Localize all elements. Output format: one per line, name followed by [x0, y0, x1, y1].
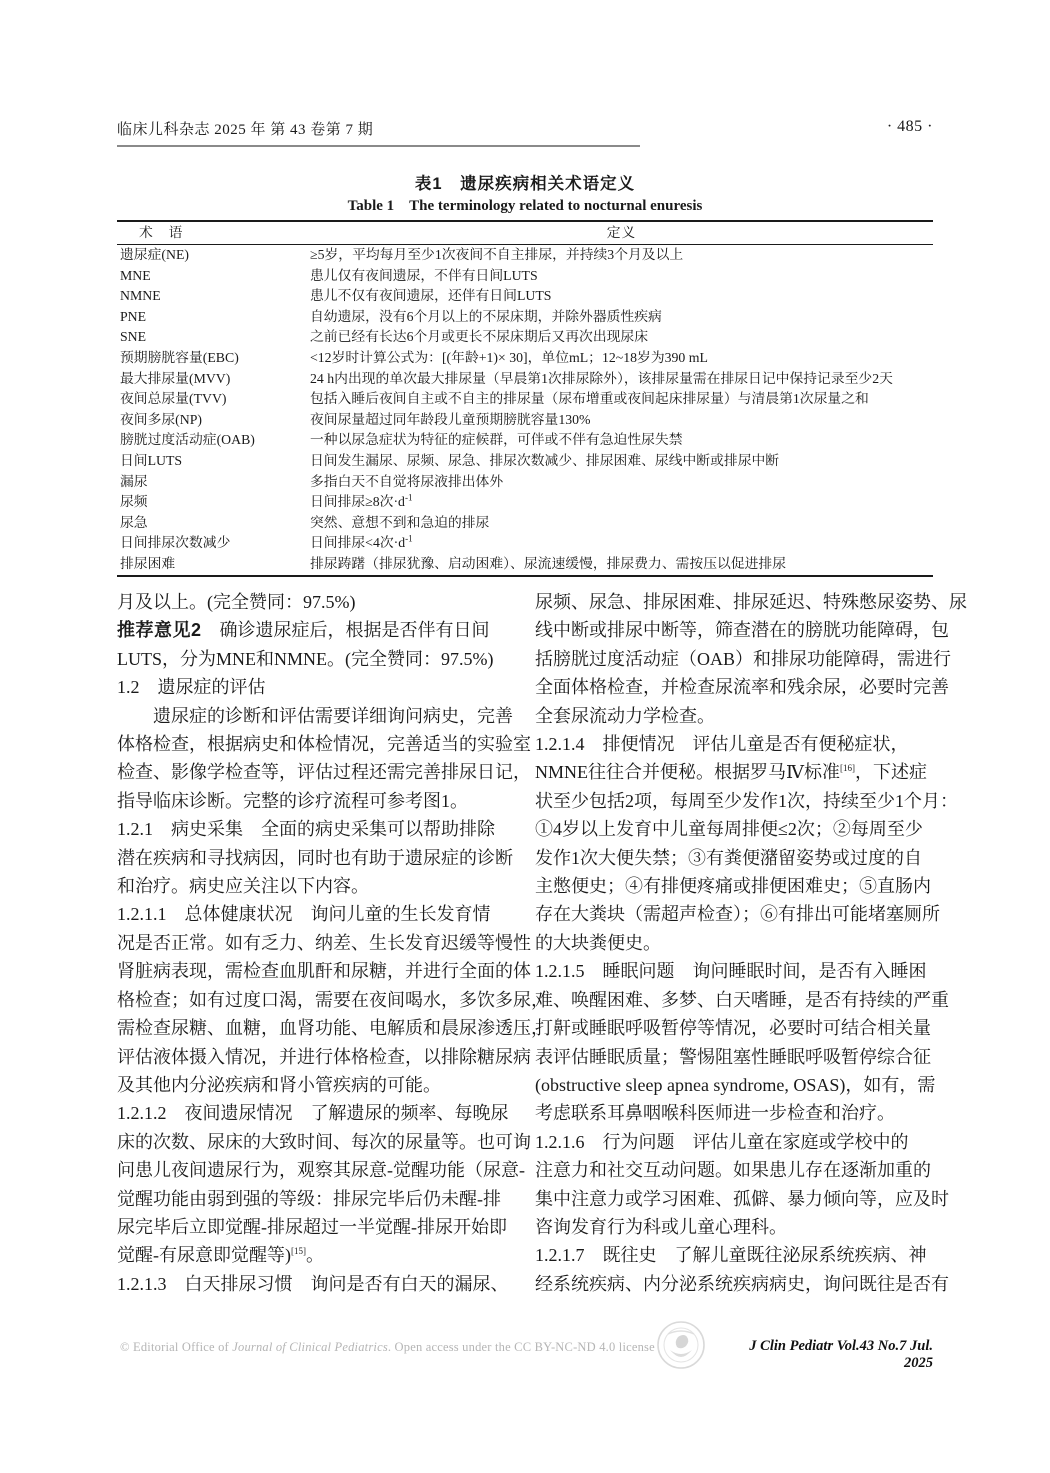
term-cell: 日间LUTS	[117, 451, 310, 472]
text-line: 主憋便史；④有排便疼痛或排便困难史；⑤直肠内	[535, 872, 935, 900]
text-line: 发作1次大便失禁；③有粪便潴留姿势或过度的自	[535, 844, 935, 872]
text-line: 1.2.1.6 行为问题 评估儿童在家庭或学校中的	[535, 1128, 935, 1156]
text-line: 指导临床诊断。完整的诊疗流程可参考图1。	[117, 787, 517, 815]
table-row: NMNE患儿不仅有夜间遗尿，还伴有日间LUTS	[117, 286, 933, 307]
text-line: 全套尿流动力学检查。	[535, 702, 935, 730]
table-row: 遗尿症(NE)≥5岁，平均每月至少1次夜间不自主排尿，并持续3个月及以上	[117, 245, 933, 266]
text-line: 括膀胱过度活动症（OAB）和排尿功能障碍，需进行	[535, 645, 935, 673]
term-cell: 夜间多尿(NP)	[117, 410, 310, 431]
journal-title: 临床儿科杂志 2025 年 第 43 卷第 7 期	[117, 118, 373, 139]
table-header-row: 术 语 定义	[117, 222, 933, 245]
definition-cell: 自幼遗尿，没有6个月以上的不尿床期，并除外器质性疾病	[310, 307, 933, 328]
text-line: 觉醒-有尿意即觉醒等)[15]。	[117, 1241, 517, 1269]
term-cell: 膀胱过度活动症(OAB)	[117, 430, 310, 451]
text-line: 表评估睡眠质量；警惕阻塞性睡眠呼吸暂停综合征	[535, 1043, 935, 1071]
text-line: 尿完毕后立即觉醒-排尿超过一半觉醒-排尿开始即	[117, 1213, 517, 1241]
running-head: 临床儿科杂志 2025 年 第 43 卷第 7 期 · 485 ·	[117, 118, 933, 139]
definition-cell: 患儿仅有夜间遗尿，不伴有日间LUTS	[310, 266, 933, 287]
text-line: 难、唤醒困难、多梦、白天嗜睡，是否有持续的严重	[535, 986, 935, 1014]
table-row: PNE自幼遗尿，没有6个月以上的不尿床期，并除外器质性疾病	[117, 307, 933, 328]
text-line: 遗尿症的诊断和评估需要详细询问病史，完善	[117, 702, 517, 730]
text-line: 经系统疾病、内分泌系统疾病病史，询问既往是否有	[535, 1270, 935, 1298]
text-line: LUTS，分为MNE和NMNE。(完全赞同：97.5%)	[117, 645, 517, 673]
text-line: (obstructive sleep apnea syndrome, OSAS)…	[535, 1071, 935, 1099]
text-line: 1.2 遗尿症的评估	[117, 673, 517, 701]
definition-cell: 排尿踌躇（排尿犹豫、启动困难）、尿流速缓慢，排尿费力、需按压以促进排尿	[310, 554, 933, 575]
definition-cell: 患儿不仅有夜间遗尿，还伴有日间LUTS	[310, 286, 933, 307]
journal-logo-icon	[656, 1320, 706, 1370]
text-line: 1.2.1.7 既往史 了解儿童既往泌尿系统疾病、神	[535, 1241, 935, 1269]
text-line: 推荐意见2 确诊遗尿症后，根据是否伴有日间	[117, 616, 517, 644]
definition-cell: 多指白天不自觉将尿液排出体外	[310, 472, 933, 493]
column-header-term: 术 语	[117, 222, 310, 244]
table-row: 最大排尿量(MVV)24 h内出现的单次最大排尿量（早晨第1次排尿除外），该排尿…	[117, 369, 933, 390]
text-line: 体格检查，根据病史和体检情况，完善适当的实验室	[117, 730, 517, 758]
text-line: 1.2.1.5 睡眠问题 询问睡眠时间，是否有入睡困	[535, 957, 935, 985]
text-line: 线中断或排尿中断等，筛查潜在的膀胱功能障碍，包	[535, 616, 935, 644]
definition-cell: 之前已经有长达6个月或更长不尿床期后又再次出现尿床	[310, 327, 933, 348]
term-cell: 漏尿	[117, 472, 310, 493]
text-line: 问患儿夜间遗尿行为，观察其尿意-觉醒功能（尿意-	[117, 1156, 517, 1184]
terminology-table: 术 语 定义 遗尿症(NE)≥5岁，平均每月至少1次夜间不自主排尿，并持续3个月…	[117, 220, 933, 577]
definition-cell: 日间排尿≥8次·d-1	[310, 492, 933, 513]
text-line: 及其他内分泌疾病和肾小管疾病的可能。	[117, 1071, 517, 1099]
definition-cell: 包括入睡后夜间自主或不自主的排尿量（尿布增重或夜间起床排尿量）与清晨第1次尿量之…	[310, 389, 933, 410]
text-line: 床的次数、尿床的大致时间、每次的尿量等。也可询	[117, 1128, 517, 1156]
text-line: 和治疗。病史应关注以下内容。	[117, 872, 517, 900]
term-cell: SNE	[117, 327, 310, 348]
journal-name-italic: Journal of Clinical Pediatrics	[232, 1340, 388, 1354]
text-line: 格检查；如有过度口渴，需要在夜间喝水，多饮多尿，	[117, 986, 517, 1014]
text-line: 评估液体摄入情况，并进行体格检查，以排除糖尿病	[117, 1043, 517, 1071]
text-line: 存在大粪块（需超声检查）；⑥有排出可能堵塞厕所	[535, 900, 935, 928]
term-cell: MNE	[117, 266, 310, 287]
column-header-definition: 定义	[310, 222, 933, 244]
table-row: 排尿困难排尿踌躇（排尿犹豫、启动困难）、尿流速缓慢，排尿费力、需按压以促进排尿	[117, 554, 933, 575]
text-line: 状至少包括2项，每周至少发作1次，持续至少1个月：	[535, 787, 935, 815]
text-line: 况是否正常。如有乏力、纳差、生长发育迟缓等慢性	[117, 929, 517, 957]
term-cell: NMNE	[117, 286, 310, 307]
text-line: 肾脏病表现，需检查血肌酐和尿糖，并进行全面的体	[117, 957, 517, 985]
definition-cell: <12岁时计算公式为：[(年龄+1)× 30]，单位mL；12~18岁为390 …	[310, 348, 933, 369]
definition-cell: 突然、意想不到和急迫的排尿	[310, 513, 933, 534]
table-row: SNE之前已经有长达6个月或更长不尿床期后又再次出现尿床	[117, 327, 933, 348]
text-line: 1.2.1.4 排便情况 评估儿童是否有便秘症状，	[535, 730, 935, 758]
term-cell: 尿急	[117, 513, 310, 534]
term-cell: 最大排尿量(MVV)	[117, 369, 310, 390]
term-cell: 预期膀胱容量(EBC)	[117, 348, 310, 369]
text-line: 咨询发育行为科或儿童心理科。	[535, 1213, 935, 1241]
table-row: 日间LUTS日间发生漏尿、尿频、尿急、排尿次数减少、排尿困难、尿线中断或排尿中断	[117, 451, 933, 472]
term-cell: 遗尿症(NE)	[117, 245, 310, 266]
text-line: 需检查尿糖、血糖，血肾功能、电解质和晨尿渗透压，	[117, 1014, 517, 1042]
text-line: 打鼾或睡眠呼吸暂停等情况，必要时可结合相关量	[535, 1014, 935, 1042]
table-row: 日间排尿次数减少日间排尿<4次·d-1	[117, 533, 933, 554]
table-row: 预期膀胱容量(EBC)<12岁时计算公式为：[(年龄+1)× 30]，单位mL；…	[117, 348, 933, 369]
text-line: 全面体格检查，并检查尿流率和残余尿，必要时完善	[535, 673, 935, 701]
table-row: 夜间多尿(NP)夜间尿量超过同年龄段儿童预期膀胱容量130%	[117, 410, 933, 431]
text-line: 集中注意力或学习困难、孤僻、暴力倾向等，应及时	[535, 1185, 935, 1213]
table-caption-cn: 表1 遗尿疾病相关术语定义	[117, 170, 933, 194]
text-line: 考虑联系耳鼻咽喉科医师进一步检查和治疗。	[535, 1099, 935, 1127]
body-right-column: 尿频、尿急、排尿困难、排尿延迟、特殊憋尿姿势、尿线中断或排尿中断等，筛查潜在的膀…	[535, 588, 935, 1298]
text-line: 潜在疾病和寻找病因，同时也有助于遗尿症的诊断	[117, 844, 517, 872]
definition-cell: ≥5岁，平均每月至少1次夜间不自主排尿，并持续3个月及以上	[310, 245, 933, 266]
table-row: 膀胱过度活动症(OAB)一种以尿急症状为特征的症候群，可伴或不伴有急迫性尿失禁	[117, 430, 933, 451]
text-line: 尿频、尿急、排尿困难、排尿延迟、特殊憋尿姿势、尿	[535, 588, 935, 616]
copyright-suffix: . Open access under the CC BY-NC-ND 4.0 …	[388, 1340, 655, 1354]
term-cell: 夜间总尿量(TVV)	[117, 389, 310, 410]
definition-cell: 夜间尿量超过同年龄段儿童预期膀胱容量130%	[310, 410, 933, 431]
text-line: 1.2.1.1 总体健康状况 询问儿童的生长发育情	[117, 900, 517, 928]
copyright-prefix: © Editorial Office of	[120, 1340, 232, 1354]
definition-cell: 日间发生漏尿、尿频、尿急、排尿次数减少、排尿困难、尿线中断或排尿中断	[310, 451, 933, 472]
term-cell: 尿频	[117, 492, 310, 513]
text-line: 注意力和社交互动问题。如果患儿存在逐渐加重的	[535, 1156, 935, 1184]
copyright-notice: © Editorial Office of Journal of Clinica…	[120, 1340, 655, 1355]
text-line: 月及以上。(完全赞同：97.5%)	[117, 588, 517, 616]
term-cell: 排尿困难	[117, 554, 310, 575]
definition-cell: 日间排尿<4次·d-1	[310, 533, 933, 554]
journal-citation: J Clin Pediatr Vol.43 No.7 Jul. 2025	[733, 1338, 933, 1372]
body-left-column: 月及以上。(完全赞同：97.5%)推荐意见2 确诊遗尿症后，根据是否伴有日间LU…	[117, 588, 517, 1298]
text-line: ①4岁以上发育中儿童每周排便≤2次；②每周至少	[535, 815, 935, 843]
text-line: 的大块粪便史。	[535, 929, 935, 957]
table-row: 尿急突然、意想不到和急迫的排尿	[117, 513, 933, 534]
table-caption-en: Table 1 The terminology related to noctu…	[117, 194, 933, 215]
definition-cell: 一种以尿急症状为特征的症候群，可伴或不伴有急迫性尿失禁	[310, 430, 933, 451]
table-row: 尿频日间排尿≥8次·d-1	[117, 492, 933, 513]
term-cell: PNE	[117, 307, 310, 328]
page-number: · 485 ·	[887, 118, 933, 139]
journal-page: 临床儿科杂志 2025 年 第 43 卷第 7 期 · 485 · 表1 遗尿疾…	[0, 0, 1050, 1473]
table-row: MNE患儿仅有夜间遗尿，不伴有日间LUTS	[117, 266, 933, 287]
header-rule	[117, 145, 640, 147]
term-cell: 日间排尿次数减少	[117, 533, 310, 554]
text-line: 检查、影像学检查等，评估过程还需完善排尿日记，	[117, 758, 517, 786]
text-line: 1.2.1.3 白天排尿习惯 询问是否有白天的漏尿、	[117, 1270, 517, 1298]
text-line: 觉醒功能由弱到强的等级：排尿完毕后仍未醒-排	[117, 1185, 517, 1213]
table-body: 遗尿症(NE)≥5岁，平均每月至少1次夜间不自主排尿，并持续3个月及以上MNE患…	[117, 245, 933, 575]
table-row: 漏尿多指白天不自觉将尿液排出体外	[117, 472, 933, 493]
definition-cell: 24 h内出现的单次最大排尿量（早晨第1次排尿除外），该排尿量需在排尿日记中保持…	[310, 369, 933, 390]
text-line: 1.2.1.2 夜间遗尿情况 了解遗尿的频率、每晚尿	[117, 1099, 517, 1127]
text-line: 1.2.1 病史采集 全面的病史采集可以帮助排除	[117, 815, 517, 843]
table-row: 夜间总尿量(TVV)包括入睡后夜间自主或不自主的排尿量（尿布增重或夜间起床排尿量…	[117, 389, 933, 410]
text-line: NMNE往往合并便秘。根据罗马Ⅳ标准[16]，下述症	[535, 758, 935, 786]
